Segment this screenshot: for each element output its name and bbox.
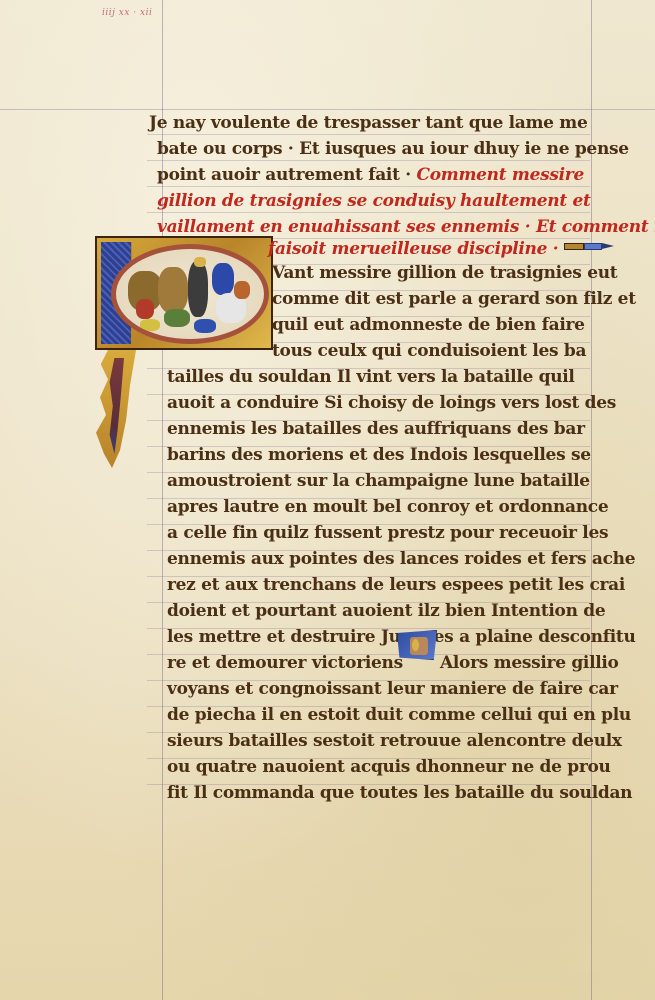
text-line: Je nay voulente de trespasser tant que l… [149, 112, 587, 134]
text-line: bate ou corps · Et iusques au iour dhuy … [157, 138, 629, 160]
line-filler-tip [602, 243, 614, 249]
manuscript-folio: iiij xx · xii [0, 0, 655, 1000]
text-line: ennemis les batailles des auffriquans de… [167, 418, 585, 440]
small-initial-gold [412, 639, 419, 651]
text-line: quil eut admonneste de bien faire [272, 314, 585, 336]
text-line: ennemis aux pointes des lances roides et… [167, 548, 635, 570]
rubric-line: gillion de trasignies se conduisy haulte… [157, 190, 591, 212]
text-line: voyans et congnoissant leur maniere de f… [167, 678, 618, 700]
line-filler-gold [564, 243, 584, 250]
text-line: comme dit est parle a gerard son filz et [272, 288, 636, 310]
line-filler-blue [584, 243, 602, 250]
text-line: auoit a conduire Si choisy de loings ver… [167, 392, 616, 414]
text-line-after-initial: Alors messire gillio [440, 652, 619, 674]
text-line-ink: point auoir autrement fait · [157, 165, 411, 185]
small-decorated-initial [397, 630, 437, 660]
rubric-line: faisoit merueilleuse discipline · [268, 238, 558, 260]
text-line: ou quatre nauoient acquis dhonneur ne de… [167, 756, 611, 778]
text-line: apres lautre en moult bel conroy et ordo… [167, 496, 608, 518]
rubric-heading-start: Comment messire [417, 165, 584, 185]
text-line: barins des moriens et des Indois lesquel… [167, 444, 591, 466]
text-line: point auoir autrement fait · Comment mes… [157, 164, 584, 186]
text-line: a celle fin quilz fussent prestz pour re… [167, 522, 608, 544]
text-line: rez et aux trenchans de leurs espees pet… [167, 574, 625, 596]
text-line: re et demourer victoriens [167, 652, 403, 674]
text-line: doient et pourtant auoient ilz bien Inte… [167, 600, 605, 622]
text-line: Vant messire gillion de trasignies eut [272, 262, 617, 284]
text-line: tailles du souldan Il vint vers la batai… [167, 366, 575, 388]
text-line: fit Il commanda que toutes les bataille … [167, 782, 632, 804]
text-line: tous ceulx qui conduisoient les ba [272, 340, 586, 362]
text-line: sieurs batailles sestoit retrouue alenco… [167, 730, 622, 752]
line-filler-flourish [564, 243, 616, 250]
text-line: de piecha il en estoit duit comme cellui… [167, 704, 631, 726]
rubric-line: vaillament en enuahissant ses ennemis · … [157, 216, 655, 238]
text-block: Je nay voulente de trespasser tant que l… [0, 0, 655, 1000]
text-line: amoustroient sur la champaigne lune bata… [167, 470, 590, 492]
